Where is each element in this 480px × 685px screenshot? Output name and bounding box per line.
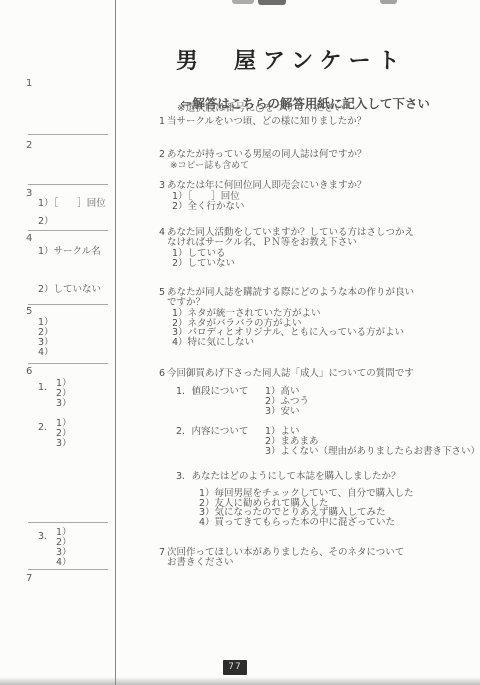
answer-separator-3 <box>28 230 108 231</box>
answer-separator-6 <box>28 522 108 523</box>
answer-group-label: 3． <box>38 528 56 568</box>
page-number-badge: 77 <box>223 660 247 675</box>
subquestion-6-3-label: 3．あなたはどのようにして本誌を購入しましたか？ <box>176 468 401 482</box>
subquestion-label: 1．値段について <box>176 387 265 417</box>
subquestion-6-2: 2．内容について 1）よい 2）まあまあ 3）よくない（理由がありましたらお書き… <box>176 427 480 457</box>
column-divider-line <box>115 0 116 685</box>
answer-item: 1）サークル名 <box>38 247 101 257</box>
question-option: 2）全く行かない <box>172 202 367 212</box>
subquestion-6-3-options: 1）毎回男屋をチェックしていて、自分で購入した 2）友人に勧められて購入した 3… <box>199 489 414 528</box>
question-number: 1 <box>159 117 165 127</box>
question-option: 4）買ってきてもらった本の中に混ざっていた <box>199 518 414 528</box>
answer-group-6-3: 3． 1） 2） 3） 4） <box>38 528 72 568</box>
answer-item: 4） <box>38 348 54 358</box>
scan-artifact-1 <box>232 0 254 4</box>
scan-artifact-3 <box>380 0 397 4</box>
scan-artifact-2 <box>258 0 286 5</box>
answer-section-3-number: 3 <box>26 188 32 199</box>
answer-section-5-number: 5 <box>26 306 32 317</box>
answer-group-label: 2． <box>38 419 56 449</box>
answer-section-2-number: 2 <box>26 140 32 151</box>
question-text: あなたが持っている男屋の同人誌は何ですか？ <box>167 150 367 160</box>
question-7: 7 次回作ってほしい本がありましたら、そのネタについて お書きください <box>159 548 404 568</box>
question-6: 6 今回御買あげ下さった同人誌「成人」についての質問です <box>159 369 414 379</box>
questionnaire-page: 1 2 3 1）［ ］回位 2） 4 1）サークル名 2）していない 5 1） … <box>0 0 480 685</box>
instruction-note: ※選択肢は番号に○をつけてください <box>177 99 344 114</box>
question-number: 4 <box>159 228 165 238</box>
question-number: 6 <box>159 369 165 379</box>
question-number: 5 <box>159 288 165 298</box>
question-number: 3 <box>159 181 165 191</box>
question-text: あなたが同人誌を購読する際にどのような本の作りが良い ですか？ <box>167 288 414 308</box>
answer-group-6-1: 1． 1） 2） 3） <box>38 379 72 409</box>
answer-item: 3） <box>56 399 72 409</box>
question-option: 3）安い <box>265 407 309 417</box>
answer-item: 1）［ ］回位 <box>38 199 106 209</box>
answer-section-7-number: 7 <box>26 573 32 584</box>
answer-group-label: 1． <box>38 379 56 409</box>
page-title: 男 屋アンケート <box>176 44 407 75</box>
answer-separator-1 <box>28 134 108 135</box>
answer-separator-7 <box>28 569 108 570</box>
question-number: 2 <box>159 150 165 160</box>
question-text: 当サークルをいつ頃、どの様に知りましたか？ <box>167 117 366 127</box>
subquestion-6-1: 1．値段について 1）高い 2）ふつう 3）安い <box>176 387 309 417</box>
question-note: ※コピー誌も含めて <box>170 161 367 171</box>
answer-section-6-number: 6 <box>26 366 32 377</box>
question-1: 1 当サークルをいつ頃、どの様に知りましたか？ <box>159 117 366 127</box>
question-4: 4 あなた同人活動をしていますか？している方はさしつかえ なければサークル名、Ｐ… <box>159 228 414 268</box>
answer-item: 2）していない <box>38 285 101 295</box>
question-number: 7 <box>159 548 165 558</box>
question-5: 5 あなたが同人誌を購読する際にどのような本の作りが良い ですか？ 1）ネタが統… <box>159 288 414 348</box>
question-option: 4）特に気にしない <box>172 338 414 348</box>
answer-group-6-2: 2． 1） 2） 3） <box>38 419 72 449</box>
answer-section-1-number: 1 <box>26 78 32 89</box>
question-option: 2）していない <box>172 259 414 269</box>
answer-item: 2） <box>38 217 54 227</box>
question-text: 次回作ってほしい本がありましたら、そのネタについて お書きください <box>167 548 404 568</box>
question-text: 今回御買あげ下さった同人誌「成人」についての質問です <box>167 369 414 379</box>
bottom-scan-shadow <box>0 677 480 685</box>
answer-separator-4 <box>28 304 108 305</box>
answer-item: 4） <box>56 558 72 568</box>
answer-item: 3） <box>56 439 72 449</box>
subquestion-label: 2．内容について <box>176 427 265 457</box>
question-text: あなたは年に何回位同人即売会にいきますか？ <box>167 181 367 191</box>
question-text: あなた同人活動をしていますか？している方はさしつかえ なければサークル名、ＰＮ等… <box>167 228 414 248</box>
question-3: 3 あなたは年に何回位同人即売会にいきますか？ 1）［ ］回位 2）全く行かない <box>159 181 367 211</box>
question-option: 3）よくない（理由がありましたらお書き下さい） <box>265 447 480 457</box>
question-2: 2 あなたが持っている男屋の同人誌は何ですか？ ※コピー誌も含めて <box>159 150 367 171</box>
answer-section-4-number: 4 <box>26 233 32 244</box>
answer-separator-2 <box>28 184 108 185</box>
answer-separator-5 <box>28 363 108 364</box>
